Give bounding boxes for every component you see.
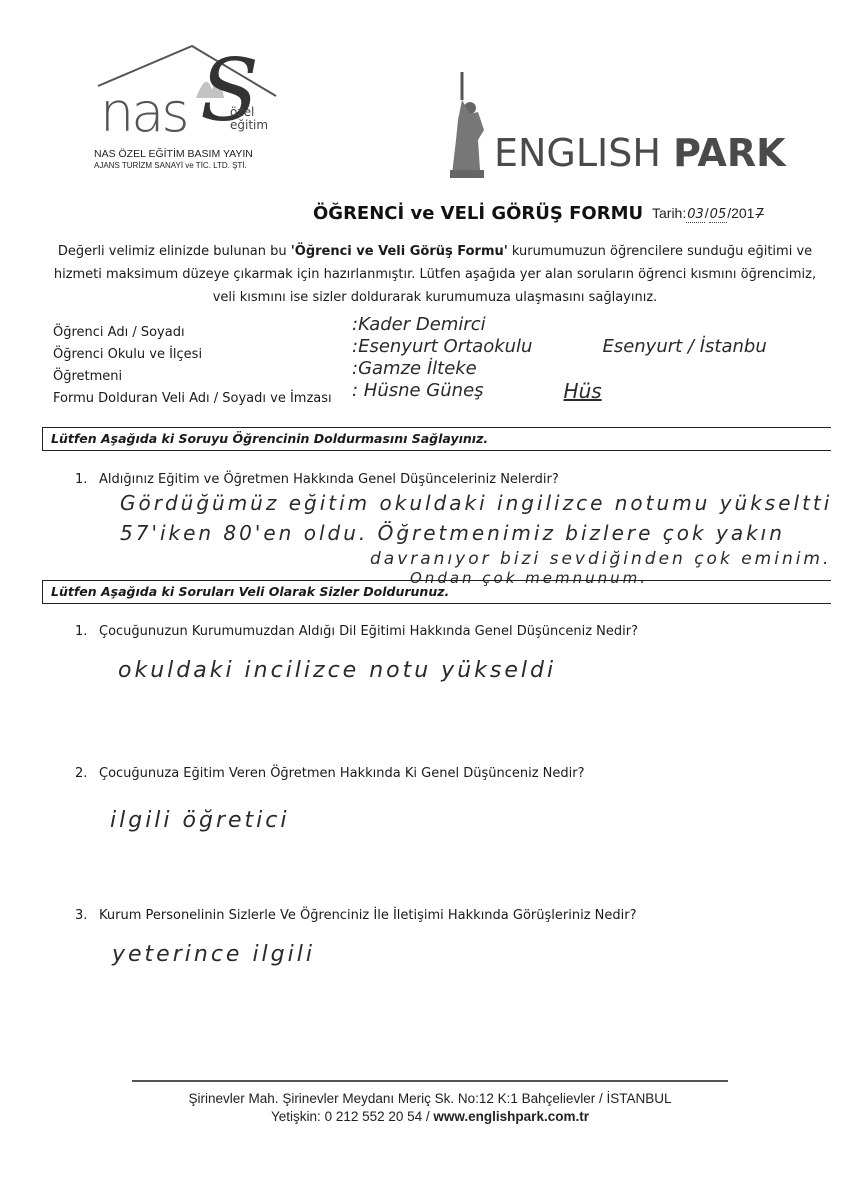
footer-phone: Yetişkin: 0 212 552 20 54 /: [271, 1109, 433, 1124]
nas-company-line1: NAS ÖZEL EĞİTİM BASIM YAYIN: [94, 148, 294, 161]
intro-text-1: Değerli velimiz elinizde bulunan bu: [58, 244, 291, 259]
date-label: Tarih:: [652, 205, 686, 221]
footer-contact: Yetişkin: 0 212 552 20 54 / www.englishp…: [120, 1108, 740, 1126]
answer-line: Gördüğümüz eğitim okuldaki ingilizce not…: [120, 488, 832, 518]
nas-ozel-egitim-logo: nas S özel eğitim NAS ÖZEL EĞİTİM BASIM …: [92, 38, 292, 198]
intro-form-name: 'Öğrenci ve Veli Görüş Formu': [291, 244, 508, 259]
student-answer-1: Gördüğümüz eğitim okuldaki ingilizce not…: [120, 488, 832, 586]
student-section-heading-text: Lütfen Aşağıda ki Soruyu Öğrencinin Dold…: [51, 431, 488, 446]
parent-answer-2: ilgili öğretici: [110, 808, 289, 833]
nas-company-name: NAS ÖZEL EĞİTİM BASIM YAYIN AJANS TURİZM…: [94, 148, 294, 171]
footer-divider: [132, 1080, 728, 1082]
date-field: Tarih:03/05/2017: [652, 205, 765, 222]
english-text: ENGLISH: [494, 131, 661, 175]
student-info-values: :Kader Demirci :Esenyurt OrtaokuluEsenyu…: [352, 314, 767, 402]
field-label-parent: Formu Dolduran Veli Adı / Soyadı ve İmza…: [53, 388, 332, 410]
nas-wordmark: nas: [100, 86, 186, 140]
field-label-school: Öğrenci Okulu ve İlçesi: [53, 344, 332, 366]
question-number: 1.: [75, 472, 99, 487]
nas-sub-line2: eğitim: [230, 119, 268, 132]
question-text: Kurum Personelinin Sizlerle Ve Öğrencini…: [99, 908, 636, 923]
intro-paragraph: Değerli velimiz elinizde bulunan bu 'Öğr…: [50, 240, 820, 309]
field-value-teacher: :Gamze İlteke: [352, 358, 477, 380]
date-year-last: 7: [754, 207, 764, 222]
parent-answer-1: okuldaki incilizce notu yükseldi: [118, 658, 556, 683]
date-month: 05: [709, 207, 728, 223]
nas-ozel-egitim-text: özel eğitim: [230, 106, 268, 132]
form-title: ÖĞRENCİ ve VELİ GÖRÜŞ FORMU: [313, 203, 643, 224]
parent-question-3: 3.Kurum Personelinin Sizlerle Ve Öğrenci…: [75, 908, 636, 923]
english-park-wordmark: ENGLISH PARK: [494, 134, 786, 172]
parent-section-heading: Lütfen Aşağıda ki Soruları Veli Olarak S…: [42, 580, 831, 604]
student-section-heading: Lütfen Aşağıda ki Soruyu Öğrencinin Dold…: [42, 427, 831, 451]
field-value-parent: : Hüsne Güneş: [352, 380, 484, 402]
student-info-labels: Öğrenci Adı / Soyadı Öğrenci Okulu ve İl…: [53, 322, 332, 410]
field-value-school: :Esenyurt Ortaokulu: [352, 336, 532, 358]
answer-line: davranıyor bizi sevdiğinden çok eminim.: [120, 548, 832, 570]
statue-of-liberty-icon: [448, 70, 494, 180]
field-value-district: Esenyurt / İstanbu: [602, 336, 766, 358]
footer-website-link[interactable]: www.englishpark.com.tr: [433, 1109, 589, 1124]
student-question-1: 1.Aldığınız Eğitim ve Öğretmen Hakkında …: [75, 472, 559, 487]
answer-line: 57'iken 80'en oldu. Öğretmenimiz bizlere…: [120, 518, 832, 548]
footer: Şirinevler Mah. Şirinevler Meydanı Meriç…: [120, 1090, 740, 1126]
field-label-student-name: Öğrenci Adı / Soyadı: [53, 322, 332, 344]
parent-question-2: 2.Çocuğunuza Eğitim Veren Öğretmen Hakkı…: [75, 766, 584, 781]
footer-address: Şirinevler Mah. Şirinevler Meydanı Meriç…: [120, 1090, 740, 1108]
question-text: Çocuğunuzun Kurumumuzdan Aldığı Dil Eğit…: [99, 624, 638, 639]
park-text: PARK: [673, 131, 785, 175]
question-number: 1.: [75, 624, 99, 639]
field-label-teacher: Öğretmeni: [53, 366, 332, 388]
question-number: 3.: [75, 908, 99, 923]
date-year-prefix: /201: [727, 205, 754, 221]
question-number: 2.: [75, 766, 99, 781]
parent-section-heading-text: Lütfen Aşağıda ki Soruları Veli Olarak S…: [51, 584, 449, 599]
parent-question-1: 1.Çocuğunuzun Kurumumuzdan Aldığı Dil Eğ…: [75, 624, 638, 639]
field-value-student-name: :Kader Demirci: [352, 314, 486, 336]
parent-answer-3: yeterince ilgili: [112, 942, 315, 967]
question-text: Çocuğunuza Eğitim Veren Öğretmen Hakkınd…: [99, 766, 584, 781]
english-park-logo: ENGLISH PARK: [448, 70, 798, 180]
question-text: Aldığınız Eğitim ve Öğretmen Hakkında Ge…: [99, 472, 559, 487]
nas-company-line2: AJANS TURİZM SANAYİ ve TİC. LTD. ŞTİ.: [94, 161, 294, 171]
parent-signature: Hüs: [564, 380, 602, 402]
date-day: 03: [686, 207, 705, 223]
